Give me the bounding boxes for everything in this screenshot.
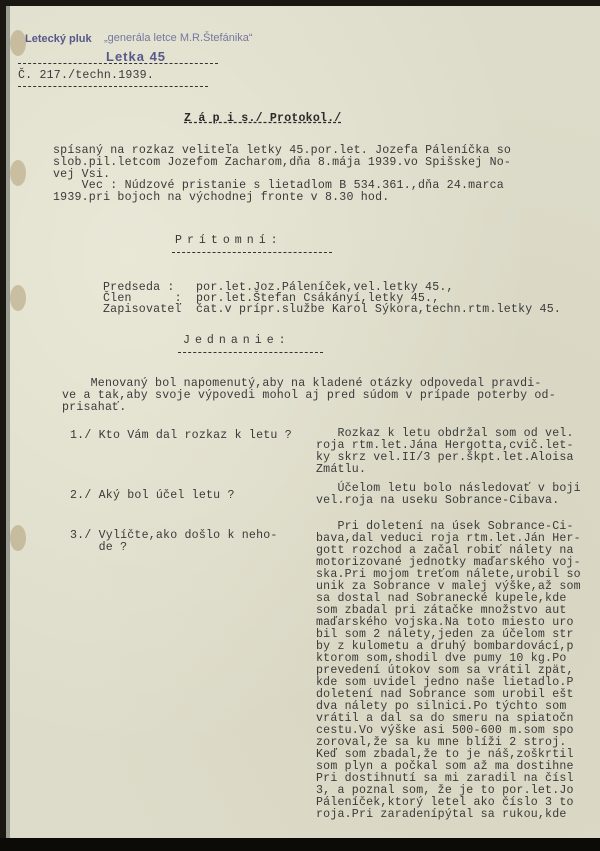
admonition-line: prisahať. (62, 402, 126, 414)
question-text: de ? (70, 542, 127, 554)
punch-hole-stain (10, 160, 26, 186)
answer-line: vel.roja na useku Sobrance-Cibava. (316, 495, 559, 507)
divider (18, 63, 218, 64)
subject-line: 1939.pri bojoch na východnej fronte v 8.… (53, 192, 389, 204)
present-heading: Prítomní: (175, 235, 283, 247)
punch-hole-stain (10, 285, 26, 311)
page-bottom-edge (0, 838, 600, 851)
divider (178, 352, 323, 353)
stamp-unit: Letecký pluk (25, 33, 92, 45)
punch-hole-stain (10, 525, 26, 551)
answer-line: roja.Pri zaradenípýtal sa rukou,kde (316, 809, 567, 821)
question-text: 1./ Kto Vám dal rozkaz k letu ? (70, 430, 292, 442)
proceedings-heading: Jednanie: (183, 335, 291, 347)
role-label: Zapisovateľ (103, 304, 182, 316)
divider (172, 252, 332, 253)
answer-line: Zmátlu. (316, 464, 366, 476)
admonition-line: ve a tak,aby svoje výpovedi mohol aj pre… (62, 390, 556, 402)
member-name: čat.v prípr.službe Karol Sýkora,techn.rt… (196, 304, 561, 316)
reference-number: Č. 217./techn.1939. (18, 70, 154, 82)
divider (18, 86, 208, 87)
document-title: Z á p i s./ Protokol./ (184, 113, 341, 125)
punch-hole-stain (10, 30, 26, 56)
intro-line: slob.pil.letcom Jozefom Zacharom,dňa 8.m… (53, 157, 511, 169)
stamp-name: „generála letce M.R.Štefánika“ (104, 32, 253, 44)
stamp-squadron: Letka 45 (106, 49, 166, 64)
question-text: 2./ Aký bol účel letu ? (70, 490, 235, 502)
